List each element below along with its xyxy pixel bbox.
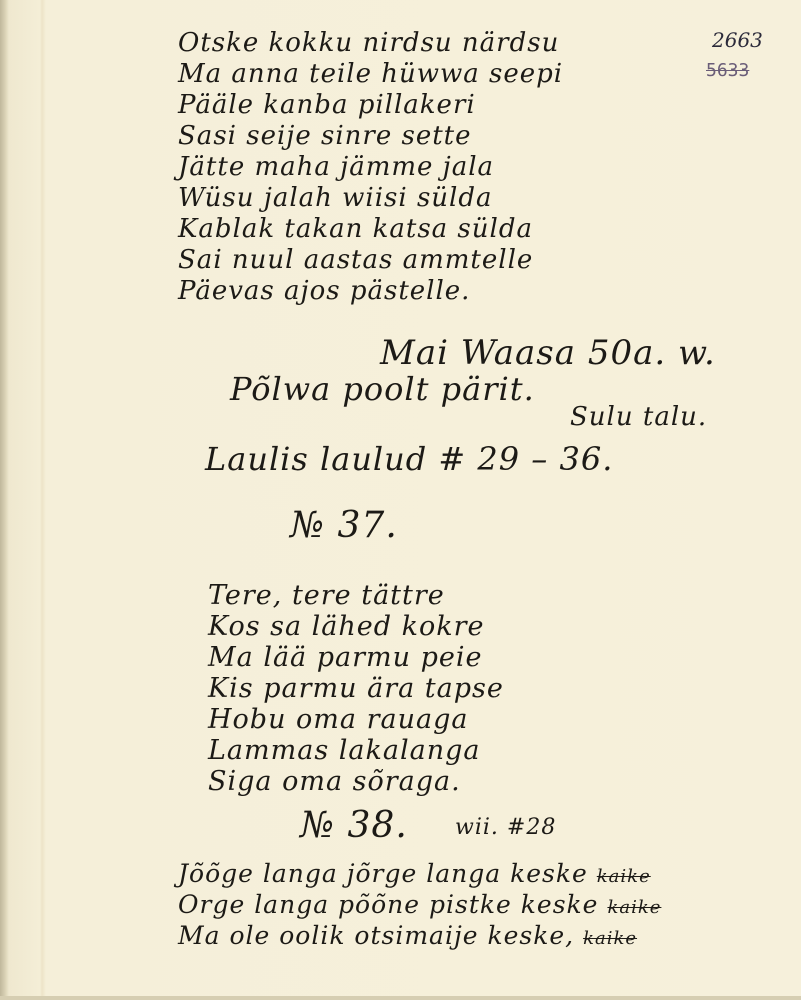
verse-text: Ma ole oolik otsimaije keske,	[178, 921, 574, 950]
verse-line: Lammas lakalanga	[208, 735, 504, 766]
verse-line: Päevas ajos pästelle.	[178, 276, 563, 307]
song-38-verse: Jõõge langa jõrge langa keske kaike Orge…	[178, 858, 661, 951]
old-archive-number-struck: 5633	[706, 60, 749, 81]
verse-line: Siga oma sõraga.	[208, 766, 504, 797]
verse-line: Kis parmu ära tapse	[208, 673, 504, 704]
song-38-cross-reference: wii. #28	[455, 815, 556, 840]
manuscript-page: 2663 5633 Otske kokku nirdsu närdsu Ma a…	[0, 0, 801, 1000]
verse-line: Wüsu jalah wiisi sülda	[178, 183, 563, 214]
verse-line: Sai nuul aastas ammtelle	[178, 245, 563, 276]
songs-range-note: Laulis laulud # 29 – 36.	[205, 440, 613, 478]
verse-line: Sasi seije sinre sette	[178, 121, 563, 152]
verse-text: Jõõge langa jõrge langa keske	[178, 859, 588, 888]
song-37-verse: Tere, tere tättre Kos sa lähed kokre Ma …	[208, 580, 504, 797]
verse-line: Kos sa lähed kokre	[208, 611, 504, 642]
verse-line: Orge langa põõne pistke keske kaike	[178, 889, 661, 920]
verse-text: Orge langa põõne pistke keske	[178, 890, 598, 919]
place-note: Sulu talu.	[570, 402, 707, 432]
origin-note: Põlwa poolt pärit.	[230, 370, 535, 408]
struck-word: kaike	[597, 866, 651, 887]
verse-line: Ma lää parmu peie	[208, 642, 504, 673]
verse-line: Otske kokku nirdsu närdsu	[178, 28, 563, 59]
verse-line: Hobu oma rauaga	[208, 704, 504, 735]
verse-line: Kablak takan katsa sülda	[178, 214, 563, 245]
singer-attribution: Mai Waasa 50a. w.	[380, 333, 716, 373]
struck-word: kaike	[583, 928, 637, 949]
song-38-heading: № 38.	[300, 805, 408, 846]
struck-word: kaike	[607, 897, 661, 918]
verse-line: Ma anna teile hüwwa seepi	[178, 59, 563, 90]
song-continuation-verse: Otske kokku nirdsu närdsu Ma anna teile …	[178, 28, 563, 307]
verse-line: Jätte maha jämme jala	[178, 152, 563, 183]
archive-number: 2663	[712, 28, 763, 52]
verse-line: Pääle kanba pillakeri	[178, 90, 563, 121]
verse-line: Jõõge langa jõrge langa keske kaike	[178, 858, 661, 889]
verse-line: Ma ole oolik otsimaije keske, kaike	[178, 920, 661, 951]
verse-line: Tere, tere tättre	[208, 580, 504, 611]
song-37-heading: № 37.	[290, 505, 398, 546]
